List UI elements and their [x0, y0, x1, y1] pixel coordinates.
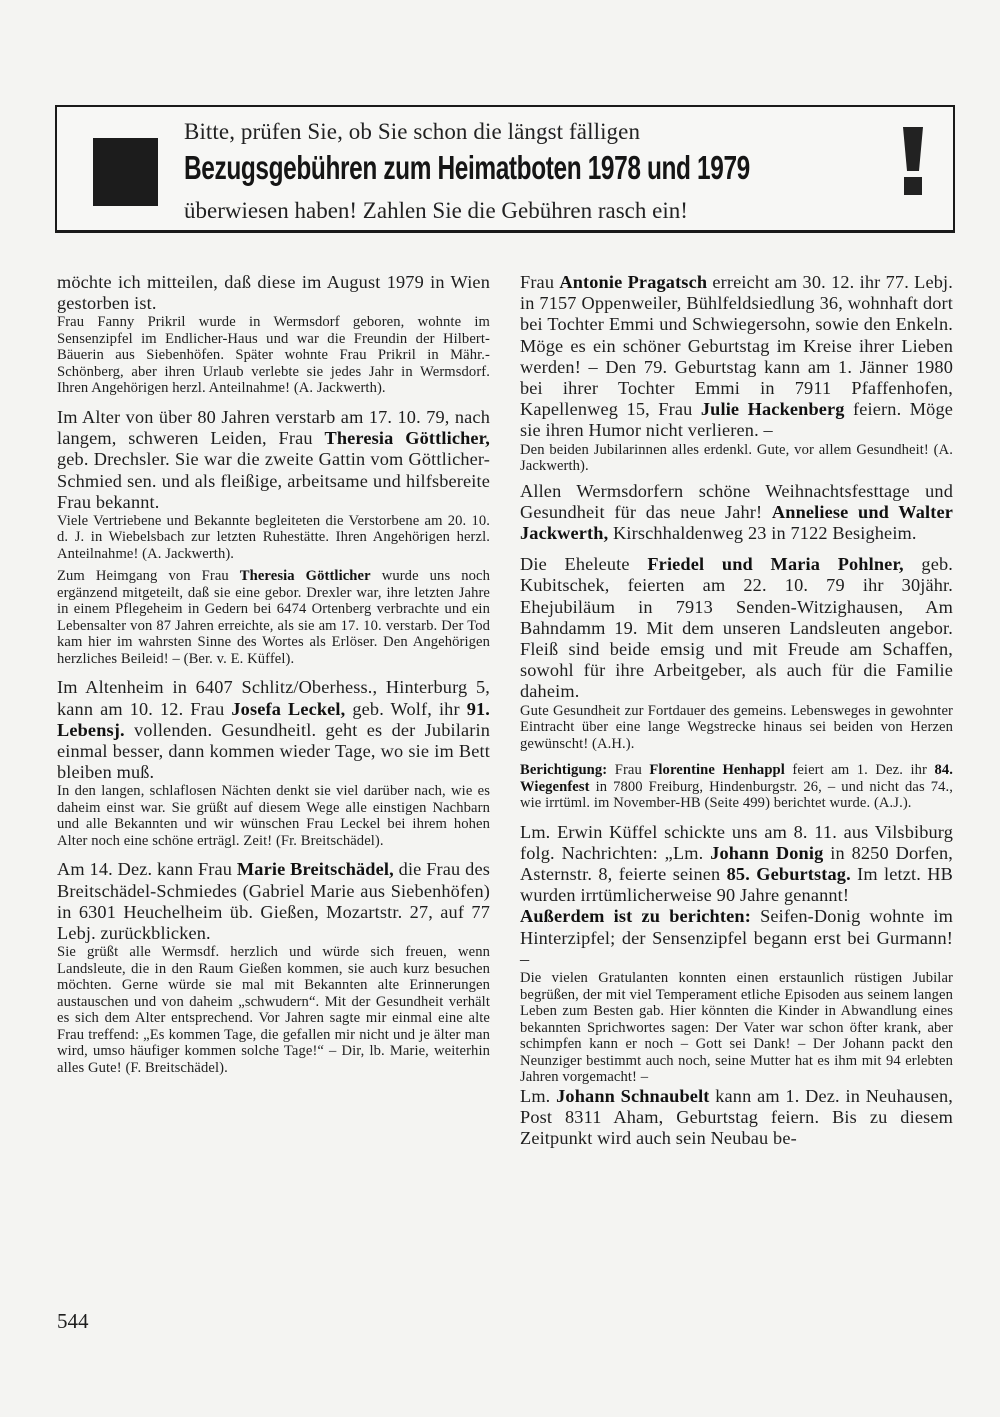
payment-reminder-box: Bitte, prüfen Sie, ob Sie schon die läng… [55, 105, 955, 233]
article-correction-henhappl: Berichtigung: Frau Florentine Henhappl f… [520, 762, 953, 812]
age-highlight: 85. Geburtstag. [727, 864, 851, 884]
article-donig-detail: Die vielen Gratulanten konnten einen ers… [520, 970, 953, 1086]
person-name: Antonie Pragatsch [559, 272, 707, 292]
person-name: Johann Schnaubelt [556, 1086, 709, 1106]
person-name: Theresia Göttlicher, [325, 428, 491, 448]
left-column: möchte ich mitteilen, daß diese im Augus… [57, 272, 490, 1076]
reminder-intro: Bitte, prüfen Sie, ob Sie schon die läng… [184, 119, 640, 145]
article-josefa-leckel: Im Altenheim in 6407 Schlitz/Oberhess., … [57, 677, 490, 783]
reminder-headline: Bezugsgebühren zum Heimatboten 1978 und … [184, 149, 750, 187]
person-name: Josefa Leckel, [231, 699, 345, 719]
person-name: Marie Breitschädel, [237, 859, 394, 879]
article-theresia-goettlicher-addendum: Zum Heimgang von Frau Theresia Göttliche… [57, 568, 490, 667]
article-fanny-prikril-detail: Frau Fanny Prikril wurde in Wermsdorf ge… [57, 314, 490, 397]
exclamation-icon [903, 127, 923, 195]
article-johann-donig: Lm. Erwin Küffel schickte uns am 8. 11. … [520, 822, 953, 907]
article-pragatsch-hackenberg-wishes: Den beiden Jubilarinnen alles erdenkl. G… [520, 442, 953, 475]
article-donig-addendum: Außerdem ist zu berichten: Seifen-Donig … [520, 906, 953, 970]
black-square-icon [93, 138, 158, 206]
article-marie-breitschaedel: Am 14. Dez. kann Frau Marie Breitschädel… [57, 859, 490, 944]
article-theresia-goettlicher-funeral: Viele Vertriebene und Bekannte begleitet… [57, 513, 490, 563]
reminder-call-to-action: überwiesen haben! Zahlen Sie die Gebühre… [184, 198, 688, 224]
article-theresia-goettlicher: Im Alter von über 80 Jahren verstarb am … [57, 407, 490, 513]
person-name: Florentine Henhappl [649, 762, 785, 778]
article-johann-schnaubelt: Lm. Johann Schnaubelt kann am 1. Dez. in… [520, 1086, 953, 1150]
page-number: 544 [57, 1309, 89, 1334]
article-jackwerth-greetings: Allen Wermsdorfern schöne Weihnachtsfest… [520, 481, 953, 545]
article-pragatsch-hackenberg: Frau Antonie Pragatsch erreicht am 30. 1… [520, 272, 953, 442]
article-marie-breitschaedel-detail: Sie grüßt alle Wermsdf. herzlich und wür… [57, 944, 490, 1076]
article-pohlner-wishes: Gute Gesundheit zur Fortdauer des gemein… [520, 703, 953, 753]
person-name: Theresia Göttlicher [240, 568, 371, 584]
person-name: Johann Donig [710, 843, 823, 863]
correction-label: Berichtigung: [520, 762, 607, 778]
article-pohlner-anniversary: Die Eheleute Friedel und Maria Pohlner, … [520, 554, 953, 702]
person-name: Friedel und Maria Pohlner, [647, 554, 903, 574]
person-name: Julie Hackenberg [701, 399, 845, 419]
right-column: Frau Antonie Pragatsch erreicht am 30. 1… [520, 272, 953, 1149]
addendum-label: Außerdem ist zu berichten: [520, 906, 751, 926]
article-fanny-prikril-intro: möchte ich mitteilen, daß diese im Augus… [57, 272, 490, 314]
article-josefa-leckel-detail: In den langen, schlaflosen Nächten denkt… [57, 783, 490, 849]
